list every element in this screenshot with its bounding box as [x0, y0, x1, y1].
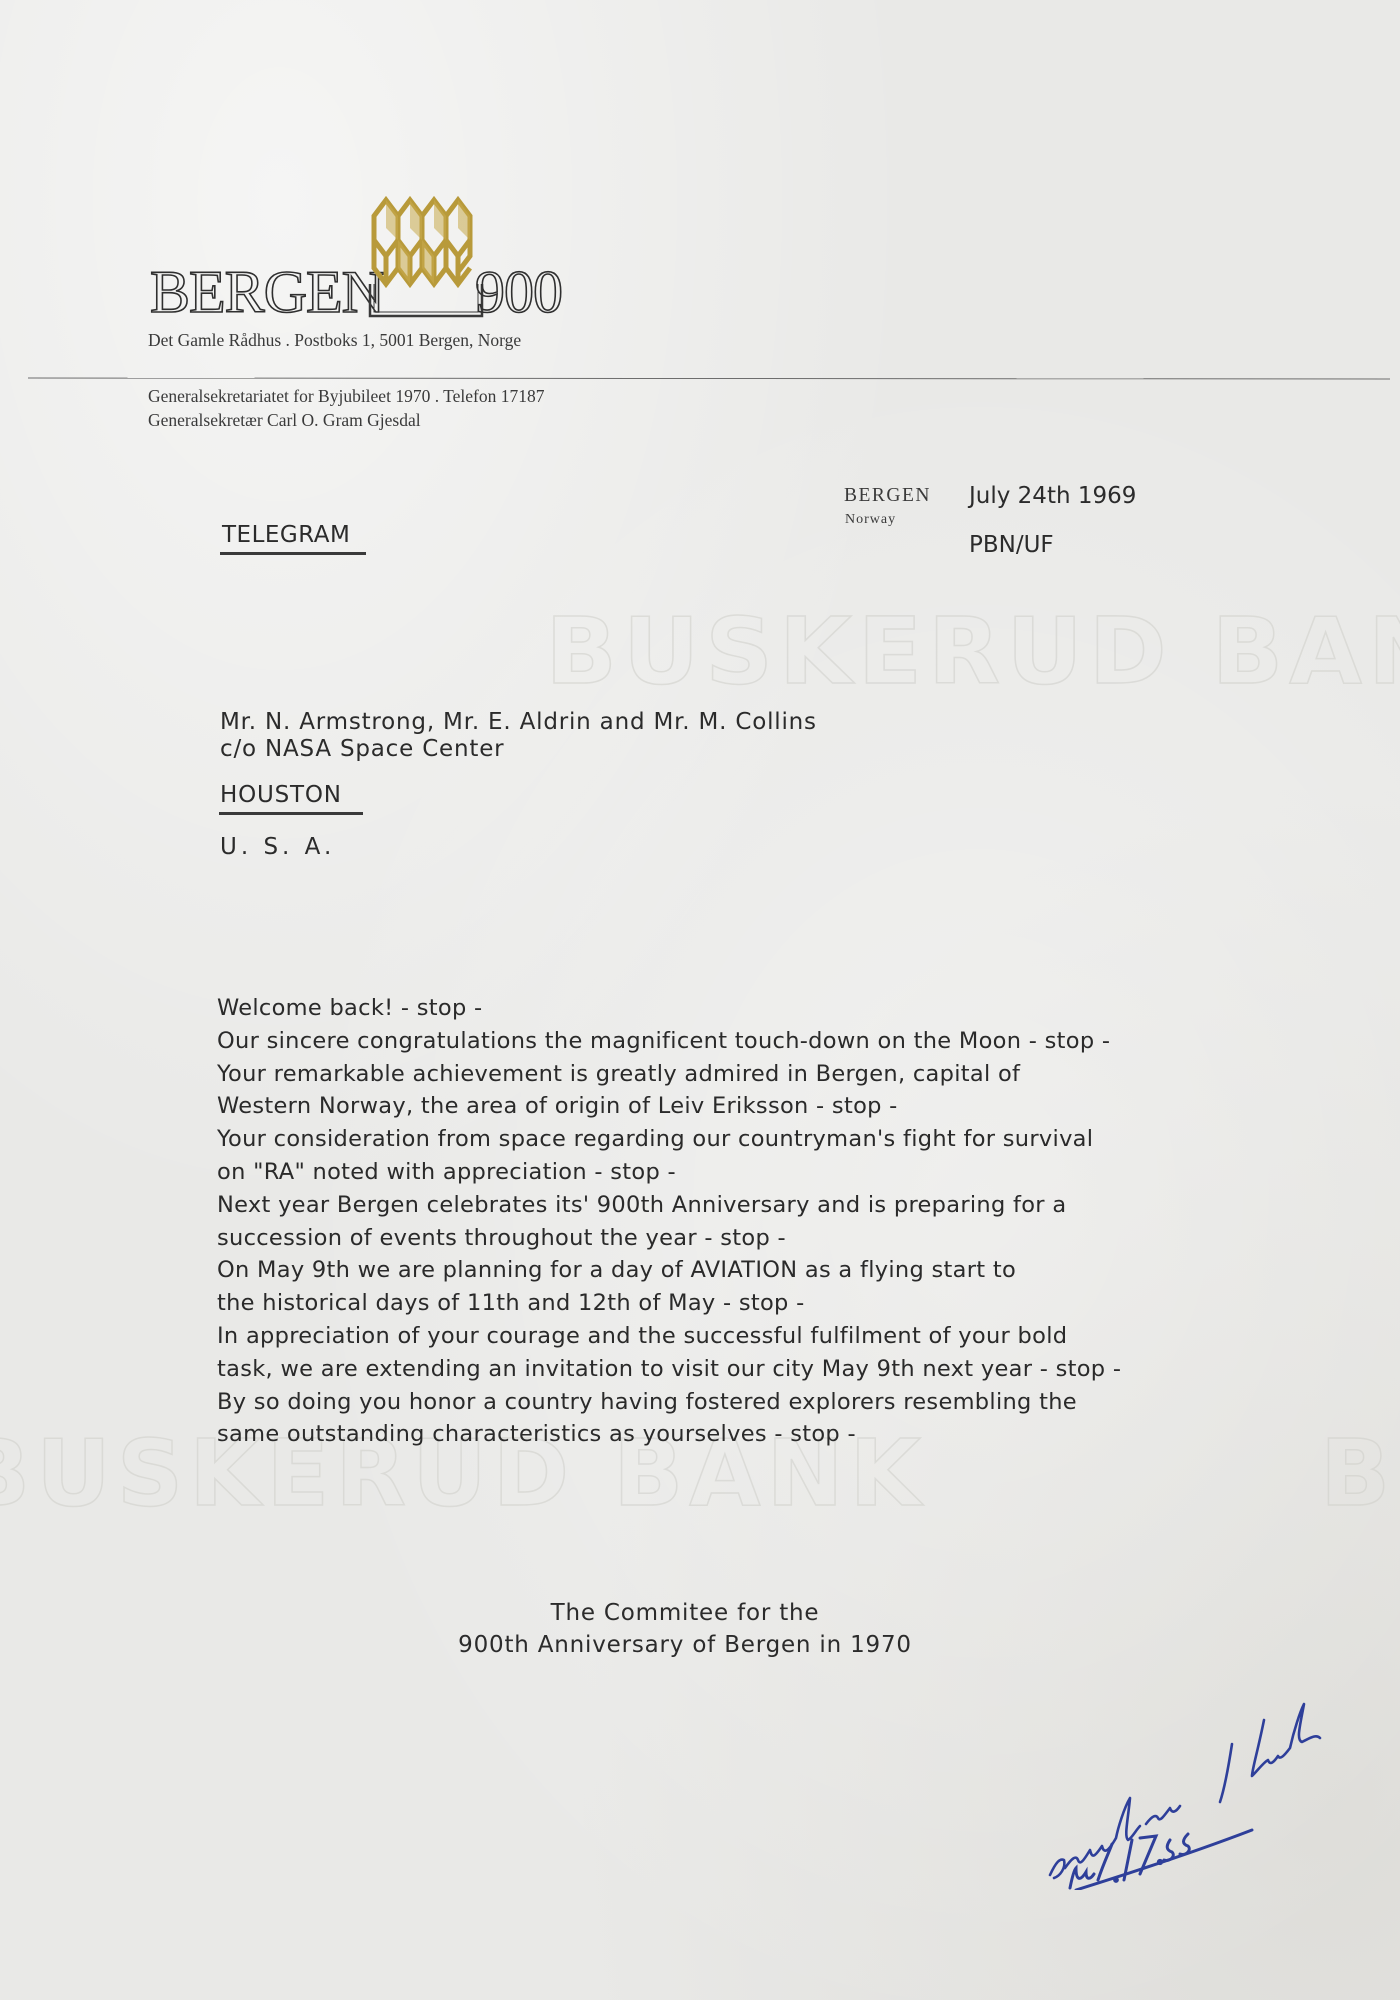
body-line: In appreciation of your courage and the …	[217, 1320, 1337, 1353]
recipient-city-underline	[219, 812, 363, 815]
recipient-city: HOUSTON	[220, 782, 342, 808]
secretariat-line: Generalsekretariatet for Byjubileet 1970…	[148, 386, 544, 407]
handwritten-annotation-icon	[1020, 1690, 1340, 1890]
recipient-names: Mr. N. Armstrong, Mr. E. Aldrin and Mr. …	[220, 709, 817, 735]
letterhead-address: Det Gamle Rådhus . Postboks 1, 5001 Berg…	[148, 330, 521, 351]
body-line: task, we are extending an invitation to …	[217, 1353, 1337, 1386]
telegram-body: Welcome back! - stop -Our sincere congra…	[217, 992, 1337, 1451]
letter-date: July 24th 1969	[969, 483, 1136, 509]
body-line: on "RA" noted with appreciation - stop -	[217, 1156, 1337, 1189]
body-line: same outstanding characteristics as your…	[217, 1418, 1337, 1451]
recipient-care-of: c/o NASA Space Center	[220, 736, 504, 762]
body-line: Welcome back! - stop -	[217, 992, 1337, 1025]
body-line: Your remarkable achievement is greatly a…	[217, 1058, 1337, 1091]
body-line: succession of events throughout the year…	[217, 1222, 1337, 1255]
letterhead-divider	[28, 378, 1390, 380]
logo-wordmark: BERGEN	[150, 262, 384, 322]
body-line: Western Norway, the area of origin of Le…	[217, 1090, 1337, 1123]
body-line: On May 9th we are planning for a day of …	[217, 1254, 1337, 1287]
body-line: Our sincere congratulations the magnific…	[217, 1025, 1337, 1058]
logo-number: 900	[475, 262, 562, 322]
secretary-line: Generalsekretær Carl O. Gram Gjesdal	[148, 410, 421, 431]
body-line: Your consideration from space regarding …	[217, 1123, 1337, 1156]
document-type: TELEGRAM	[222, 522, 350, 548]
bergen-emblem-icon	[366, 192, 486, 322]
body-line: the historical days of 11th and 12th of …	[217, 1287, 1337, 1320]
body-line: By so doing you honor a country having f…	[217, 1386, 1337, 1419]
watermark-top: BUSKERUD BANK	[545, 598, 1400, 705]
document-type-underline	[220, 552, 366, 555]
signature-line-2: 900th Anniversary of Bergen in 1970	[0, 1632, 1370, 1658]
place-city: BERGEN	[844, 485, 931, 507]
signature-line-1: The Commitee for the	[0, 1600, 1370, 1626]
body-line: Next year Bergen celebrates its' 900th A…	[217, 1189, 1337, 1222]
place-country: Norway	[845, 512, 896, 528]
recipient-country: U. S. A.	[220, 834, 335, 860]
reference-code: PBN/UF	[969, 532, 1054, 558]
